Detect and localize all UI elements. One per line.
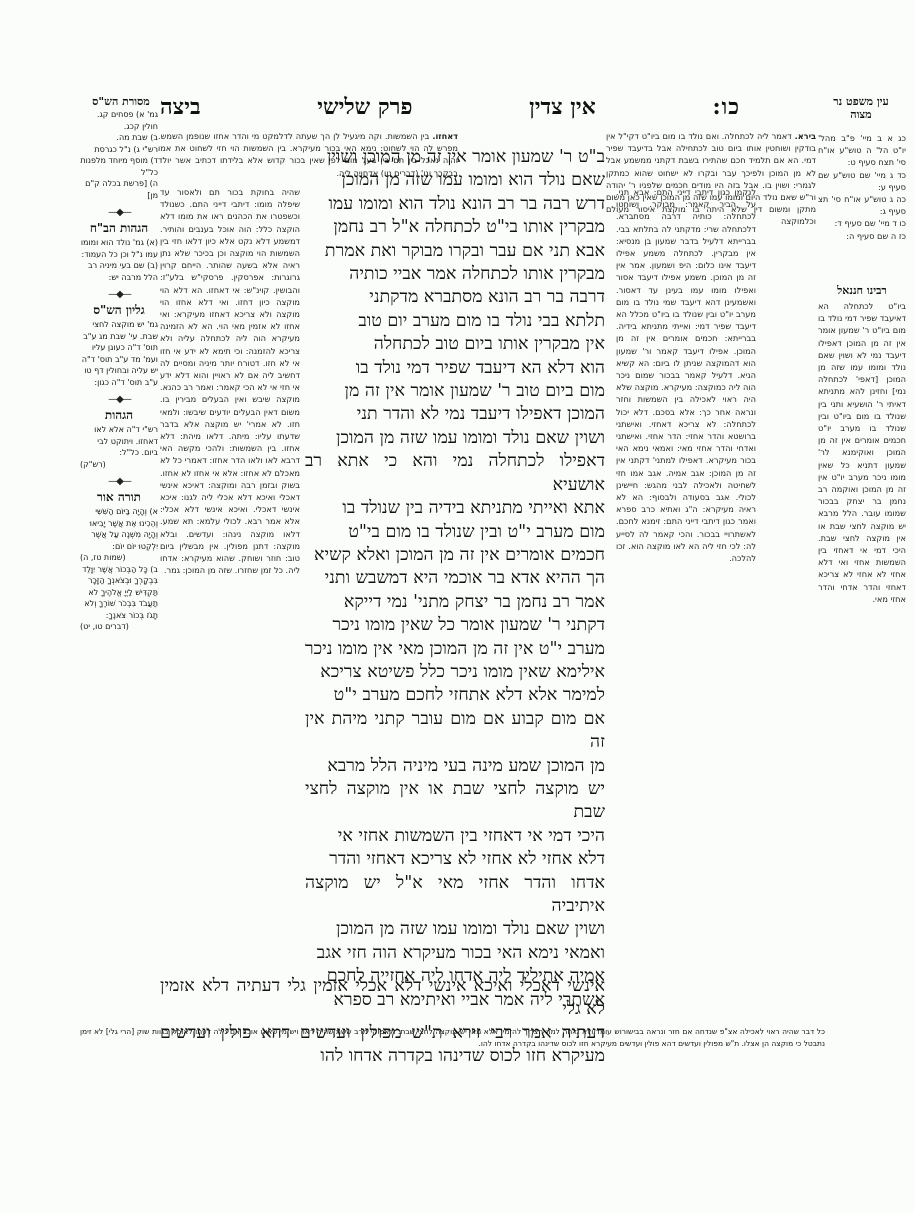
ein-mishpat-column: כג א ב מיי' פ"ב מהל' יו"ט הל' ה טוש"ע או…: [818, 132, 906, 242]
gemara-line: אילימא שאין מומו ניכר כלל פשיטא צריכא: [305, 661, 605, 684]
hagahot-title: הגהות: [80, 410, 158, 422]
ein-mishpat-heading: עין משפט נר מצוה: [826, 95, 896, 121]
gemara-line: תלתא בבי נולד בו מום מערב יום טוב: [305, 310, 605, 333]
ein-mishpat-entry: כה ג טוש"ע או"ח סי' תצ סעיף ג:: [818, 193, 906, 217]
gemara-line: דרבה בר רב הונא מסתברא מדקתני: [305, 286, 605, 309]
tosafot-dibur-hamatchil: דאחזו.: [432, 131, 458, 141]
tractate-name: ביצה: [160, 94, 201, 120]
left-margin-column: גמ' א) פסחים קג. חולין קכג. ב) שבת מה. ר…: [80, 95, 158, 633]
ornamental-divider: —◆—: [80, 207, 158, 219]
mesoret-entry: ה) [פרשת בכלה ק"ם מן]: [80, 178, 158, 201]
gemara-line: ואמאי נימא האי בכור מעיקרא הוה חזי אגב: [305, 942, 605, 965]
hagahot-ref: (רש"ק): [80, 459, 158, 471]
rabbeinu-chananel-title: רבינו חננאל: [818, 284, 906, 297]
gemara-line: אדחו והדר אחזי מאי א"ל יש מוקצה איתיביה: [305, 872, 605, 919]
gemara-line: מערב י"ט אין זה מן המוכן מאי אין מומו ני…: [305, 638, 605, 661]
gemara-line: אינשי דאכלי ואיכא אינשי דלא אכלי אזמין ג…: [160, 975, 605, 1022]
gemara-line: מום ביום טוב ר' שמעון אומר אין זה מן: [305, 380, 605, 403]
torah-ohr-ref: (שמות טז, ה): [80, 552, 158, 564]
ein-mishpat-entry: כז ה שם סעיף ה:: [818, 230, 906, 242]
rashi-dibur-hamatchil: בירא.: [795, 131, 816, 141]
rabbeinu-chananel-text: ביו"ט לכתחלה הא דאיעבד שפיר דמי נולד בו …: [818, 300, 906, 1080]
bach-entry: (א) גמ' נולד הוא ומומו עמו נ"ל וכן כל הע…: [80, 237, 158, 260]
mesoret-entry: רש"י ג) נ"ל כגרסת: [80, 144, 158, 156]
hagahot-habach-title: הגהות הב"ח: [80, 223, 158, 235]
torah-ohr-ref: (דברים טו, יט): [80, 621, 158, 633]
ein-mishpat-entry: כד ג מיי' שם טוש"ע שם סעיף ע:: [818, 169, 906, 193]
folio-number: כו:: [712, 94, 740, 120]
gemara-line: הוא דלא הא דיעבד שפיר דמי נולד בו: [305, 357, 605, 380]
chapter-name: אין צדין: [529, 94, 596, 120]
mesoret-entry: ד) מוסף מיוחד מלפנות כל"ל: [80, 155, 158, 178]
torah-ohr-entry: א) וְהָיָה בַּיּוֹם הַשִּׁשִּׁי וְהֵכִינ…: [80, 506, 158, 552]
gemara-line: מבקרין אותו לכתחלה אמר אביי כותיה: [305, 263, 605, 286]
page-header: כו: אין צדין פרק שלישי ביצה: [160, 92, 740, 122]
gemara-line: אם מום קבוע אם מום עובר קתני מיהת אין זה: [305, 708, 605, 755]
gemara-line: שאם נולד הוא ומומו עמו שזה מן המוכן: [305, 169, 605, 192]
gemara-line: חכמים אומרים אין זה מן המוכן ואלא קשיא: [305, 544, 605, 567]
bach-entry: (ב) שם בעי מיניה רב הלל מרבה יש:: [80, 260, 158, 283]
tosafot-column: שהיה בחוקת בכור תם ולאסור עד שיפלה מומו:…: [160, 186, 300, 1096]
gilyon-hashas-text: גמ' יש מוקצה לחצי שבת. עי' שבת מג ע"ב תו…: [80, 319, 158, 388]
gemara-line: המוכן דאפילו דיעבד נמי לא והדר תני: [305, 403, 605, 426]
ornamental-divider: —◆—: [80, 476, 158, 488]
mesoret-entry: גמ' א) פסחים קג. חולין קכג.: [80, 109, 158, 132]
gemara-line: הך ההיא אדא בר אוכמי היא דמשבש ותני: [305, 567, 605, 590]
torah-ohr-title: תורה אור: [80, 492, 158, 504]
talmud-page: עין משפט נר מצוה כו: אין צדין פרק שלישי …: [0, 0, 914, 1213]
perek-number: פרק שלישי: [317, 94, 412, 120]
gemara-line: מבקרין אותו בי"ט לכתחלה א"ל רב נחמן: [305, 216, 605, 239]
gemara-line: היכי דמי אי דאחזי בין השמשות אחזי אי: [305, 825, 605, 848]
gemara-column: ב"ט ר' שמעון אומר אין זה מן המוכן ושוין …: [305, 146, 605, 1006]
gemara-line: דאפילו לכתחלה נמי והא כי אתא רב אושעיא: [305, 450, 605, 497]
hagahot-text: רש"י ד"ה אלא לאו דאחזו. ויתוקט לבי ביום.…: [80, 424, 158, 459]
gemara-line: אבא תני אם עבר ובקרו מבוקר ואת אמרת: [305, 240, 605, 263]
rashi-column: לנקמן כגון דיתבי דייני התם: אבא תני. על …: [616, 186, 756, 1146]
gemara-line: מן המוכן שמע מינה בעי מיניה הלל מרבא: [305, 755, 605, 778]
ein-mishpat-entry: כו ד מיי' שם סעיף ד:: [818, 217, 906, 229]
gilyon-hashas-title: גליון הש"ס: [80, 305, 158, 317]
gemara-line: דקתני ר' שמעון אומר כל שאין מומו ניכר: [305, 614, 605, 637]
gemara-bottom-block: אינשי דאכלי ואיכא אינשי דלא אכלי אזמין ג…: [160, 975, 605, 1069]
gemara-line: ב"ט ר' שמעון אומר אין זה מן המוכן ושוין: [305, 146, 605, 169]
gemara-line: אין מבקרין אותו ביום טוב לכתחלה: [305, 333, 605, 356]
gemara-line: אמר רב נחמן בר יצחק מתני' נמי דייקא: [305, 591, 605, 614]
gemara-line: דלא אחזי לא אחזי לא צריכא דאחזי והדר: [305, 848, 605, 871]
gemara-line: ושוין שאם נולד ומומו עמו שזה מן המוכן: [305, 918, 605, 941]
torah-ohr-entry: ב) כָּל הַבְּכוֹר אֲשֶׁר יִוָּלֵד בִּבְק…: [80, 564, 158, 622]
gemara-line: אתא ואייתי מתניתא בידיה בין שנולד בו: [305, 497, 605, 520]
ornamental-divider: —◆—: [80, 394, 158, 406]
gemara-line: מום מערב י"ט ובין שנולד בו מום בי"ט: [305, 521, 605, 544]
ornamental-divider: —◆—: [80, 289, 158, 301]
gemara-line: ושוין שאם נולד ומומו עמו שזה מן המוכן: [305, 427, 605, 450]
mesoret-entry: ב) שבת מה.: [80, 132, 158, 144]
ein-mishpat-entry: כג א ב מיי' פ"ב מהל' יו"ט הל' ה טוש"ע או…: [818, 132, 906, 169]
bottom-footnote: כל דבר שהיה ראוי לאכילה אצ"פ שנדחה אם חז…: [80, 1026, 825, 1050]
gemara-line: דרש רבה בר רב הונא נולד הוא ומומו עמו: [305, 193, 605, 216]
gemara-line: למימר אלא דלא אתחזי לחכם מערב י"ט: [305, 684, 605, 707]
gemara-line: יש מוקצה לחצי שבת או אין מוקצה לחצי שבת: [305, 778, 605, 825]
